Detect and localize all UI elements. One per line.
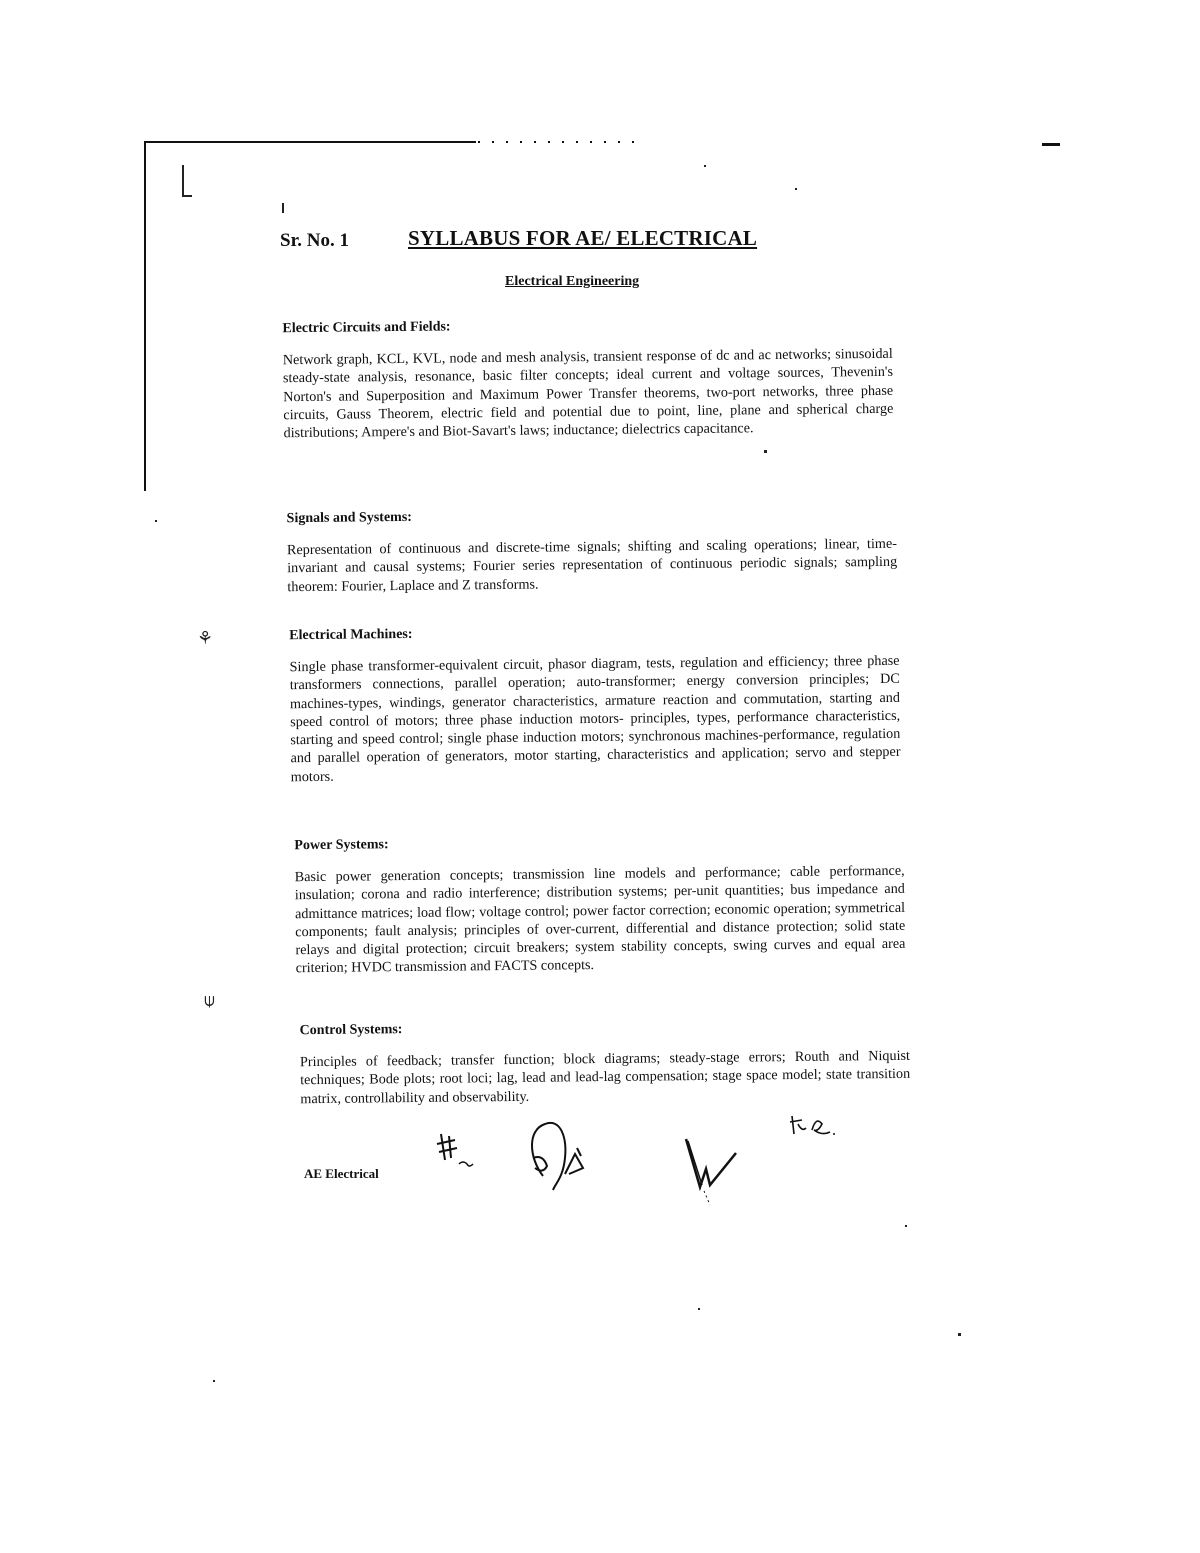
signature-icon xyxy=(680,1135,750,1210)
section-body: Single phase transformer-equivalent circ… xyxy=(290,652,901,786)
section-body: Principles of feedback; transfer functio… xyxy=(300,1047,911,1108)
scan-speck xyxy=(182,165,184,195)
footer-label: AE Electrical xyxy=(304,1166,379,1182)
scan-speck xyxy=(704,165,706,167)
section-heading: Power Systems: xyxy=(294,832,904,854)
section-body: Representation of continuous and discret… xyxy=(287,535,898,596)
scan-speck xyxy=(795,188,797,190)
section-body: Basic power generation concepts; transmi… xyxy=(295,862,906,978)
scan-border-left xyxy=(144,141,146,491)
serial-number: Sr. No. 1 xyxy=(280,230,349,252)
scan-speck xyxy=(282,203,284,213)
scan-speck xyxy=(958,1333,961,1336)
scan-speck xyxy=(213,1380,215,1382)
section-power-systems: Power Systems: Basic power generation co… xyxy=(294,832,905,978)
scan-speck xyxy=(698,1308,700,1310)
scan-speck xyxy=(764,450,767,453)
scan-speck xyxy=(182,195,192,197)
section-electrical-machines: Electrical Machines: Single phase transf… xyxy=(289,622,901,786)
page-subtitle: Electrical Engineering xyxy=(505,274,639,290)
scan-border-dotted xyxy=(478,141,638,143)
scan-smudge: ⍦ xyxy=(204,990,215,1011)
section-body: Network graph, KCL, KVL, node and mesh a… xyxy=(283,345,894,443)
scan-border-top xyxy=(146,141,476,143)
section-signals-systems: Signals and Systems: Representation of c… xyxy=(287,505,898,596)
section-heading: Electric Circuits and Fields: xyxy=(282,315,892,337)
section-heading: Control Systems: xyxy=(300,1017,910,1039)
section-heading: Signals and Systems: xyxy=(287,505,897,527)
section-control-systems: Control Systems: Principles of feedback;… xyxy=(300,1017,911,1108)
scan-speck xyxy=(905,1225,907,1227)
scan-border-right-mark xyxy=(1042,143,1060,146)
scan-speck xyxy=(155,520,157,522)
page-title: SYLLABUS FOR AE/ ELECTRICAL xyxy=(408,226,757,251)
scan-smudge: ⚘ xyxy=(197,628,213,649)
section-heading: Electrical Machines: xyxy=(289,622,899,644)
signature-icon xyxy=(788,1112,843,1142)
signature-icon xyxy=(525,1118,595,1193)
scanned-page: ⚘ ⍦ Sr. No. 1 SYLLABUS FOR AE/ ELECTRICA… xyxy=(0,0,1200,1553)
section-electric-circuits: Electric Circuits and Fields: Network gr… xyxy=(282,315,893,443)
signature-icon xyxy=(435,1130,485,1175)
